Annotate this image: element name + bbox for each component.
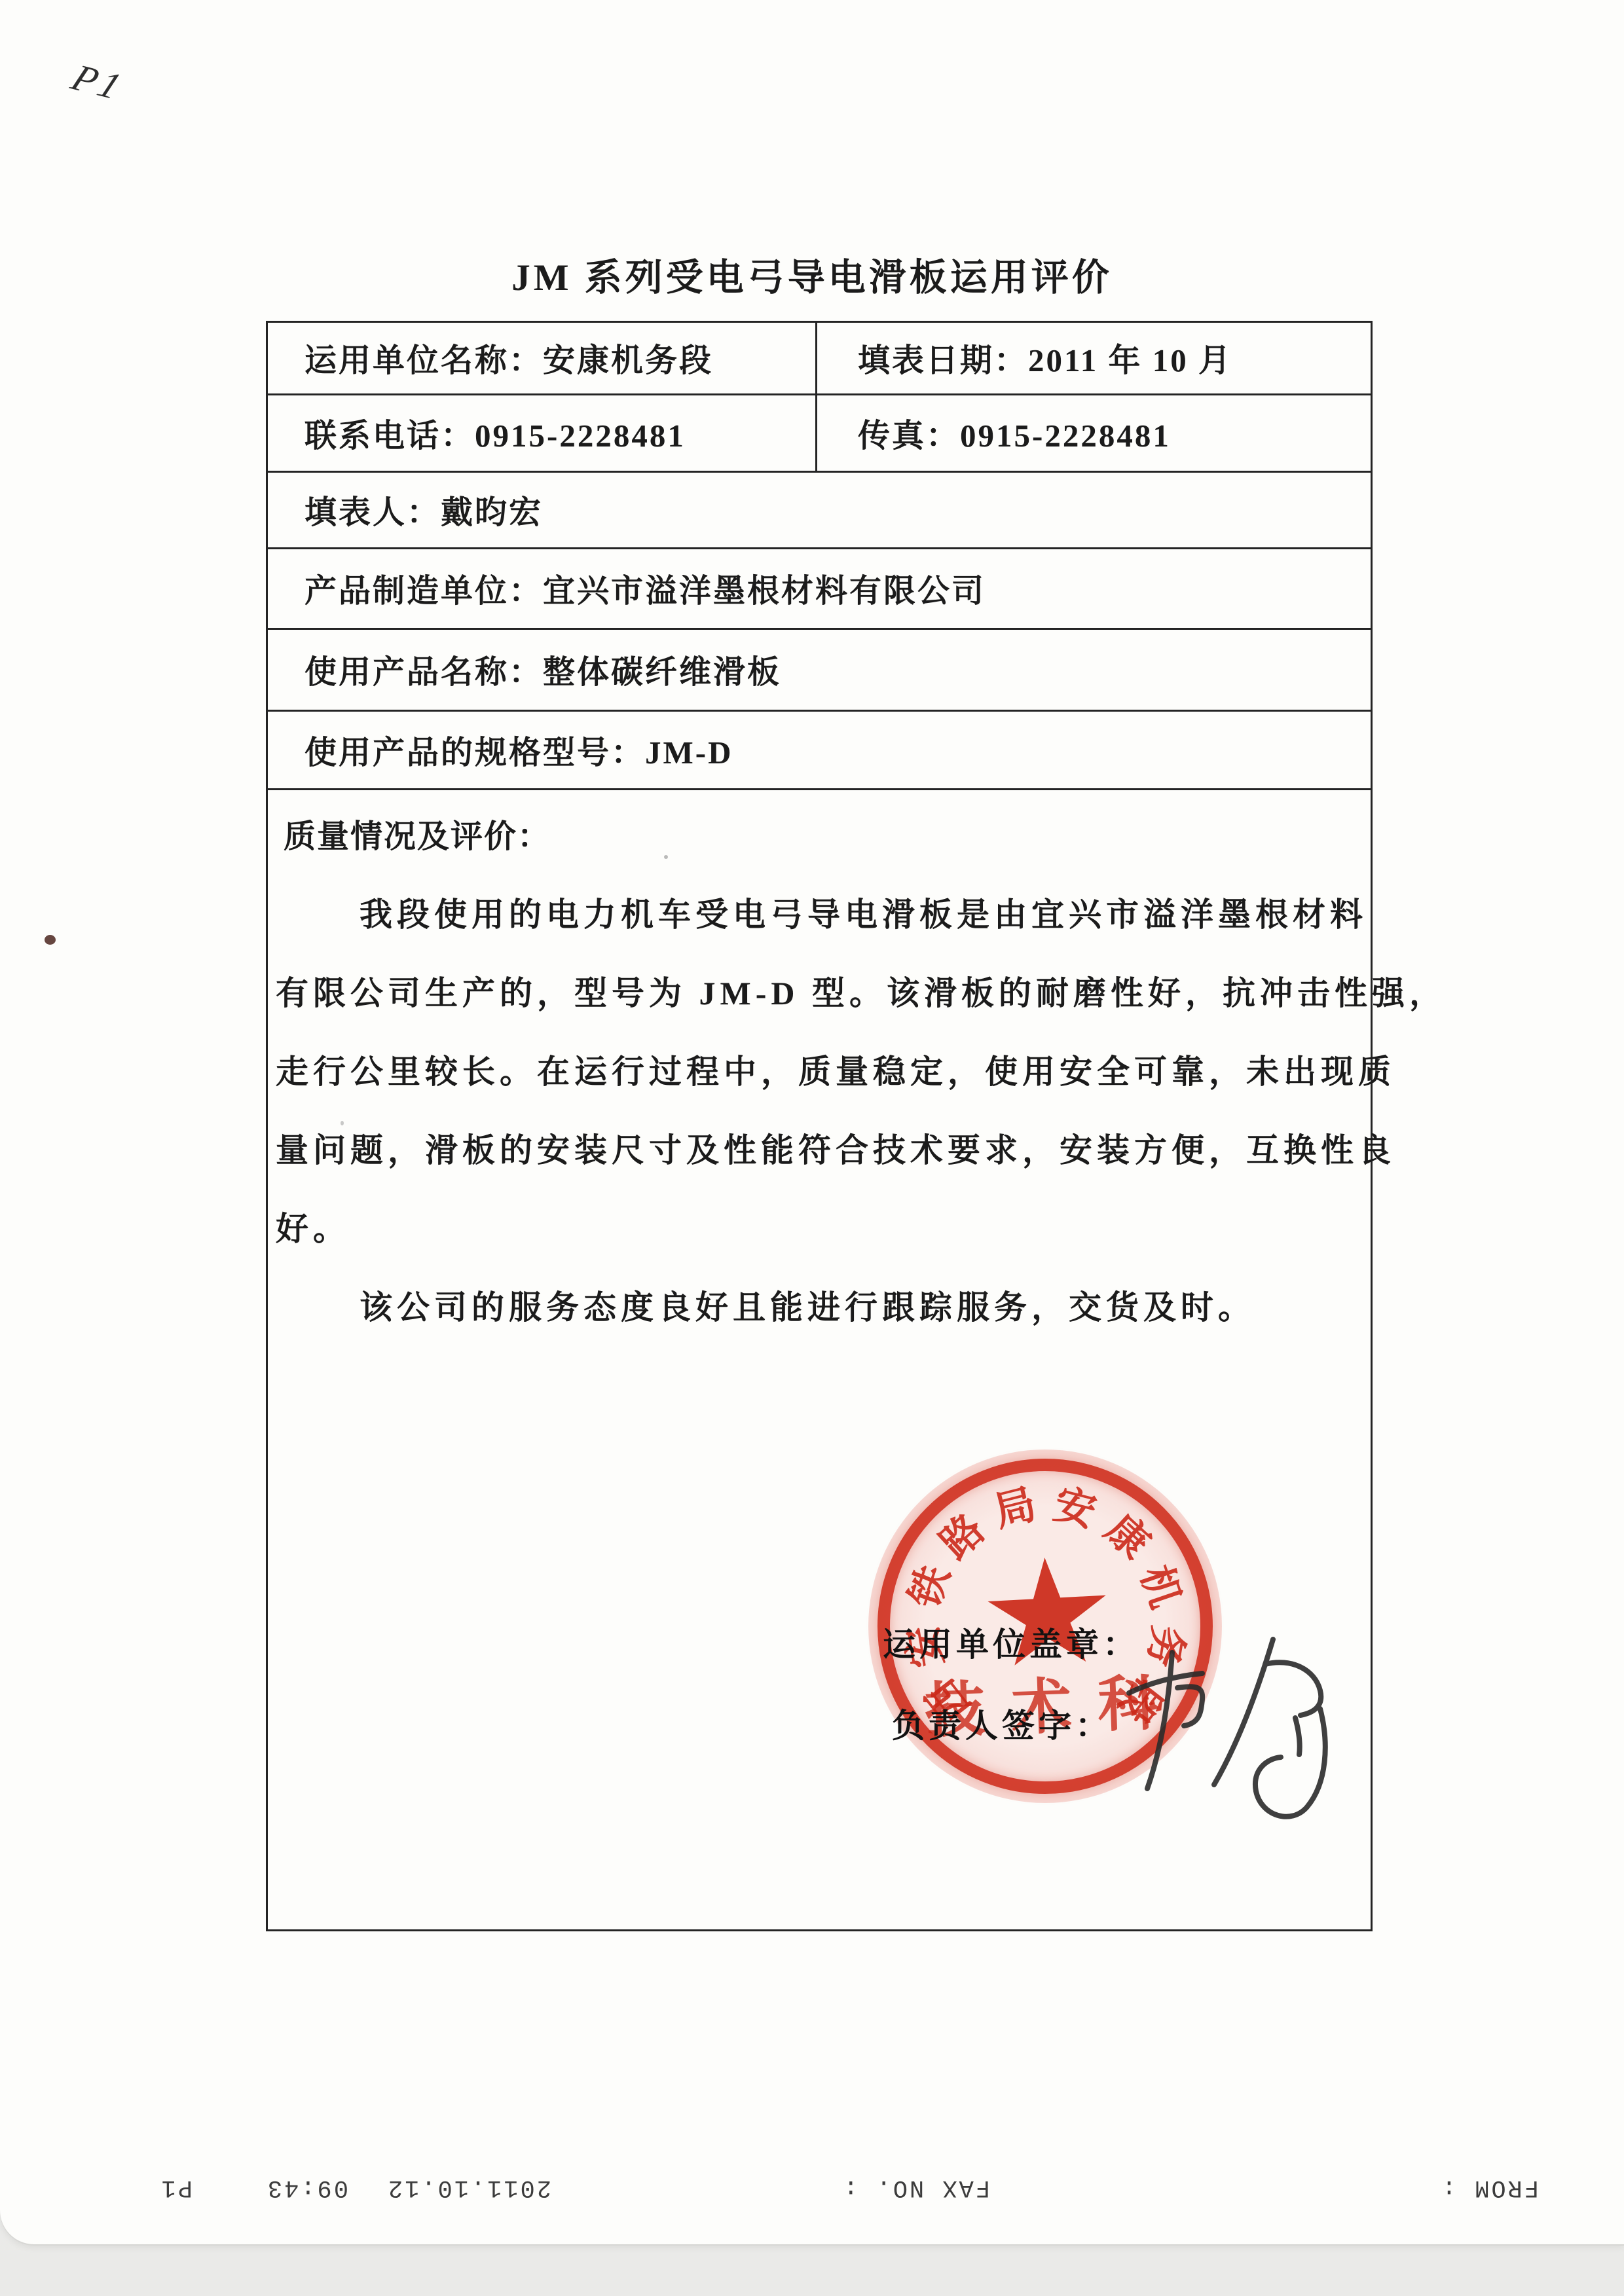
table-row: 填表人：戴昀宏: [268, 473, 1371, 549]
usage-unit-cell: 运用单位名称：安康机务段: [268, 323, 815, 393]
scanned-paper-sheet: P1 JM 系列受电弓导电滑板运用评价 运用单位名称：安康机务段 填表日期：20…: [0, 0, 1624, 2244]
seal-ring-char: 安: [1047, 1476, 1104, 1533]
ink-speck: [341, 1121, 344, 1125]
fax-datetime-group: 2011.10.1209:43P1: [160, 2174, 552, 2201]
evaluation-line: 走行公里较长。在运行过程中，质量稳定，使用安全可靠，未出现质: [276, 1032, 1364, 1111]
product-model-cell: 使用产品的规格型号：JM-D: [268, 712, 733, 788]
fax-cell: 传真：0915-2228481: [815, 395, 1371, 471]
evaluation-line: 好。: [276, 1190, 1364, 1268]
phone-cell: 联系电话：0915-2228481: [268, 395, 815, 471]
fax-number-label: FAX NO. :: [841, 2174, 990, 2201]
fax-time: 09:43: [266, 2174, 348, 2201]
table-row: 使用产品的规格型号：JM-D: [268, 712, 1371, 790]
seal-ring-char: 机: [1134, 1556, 1194, 1615]
seal-ring-char: 路: [927, 1501, 993, 1567]
fill-date-cell: 填表日期：2011 年 10 月: [815, 323, 1371, 393]
filler-cell: 填表人：戴昀宏: [268, 473, 543, 547]
table-row: 产品制造单位：宜兴市溢洋墨根材料有限公司: [268, 549, 1371, 630]
fax-page-number: P1: [160, 2174, 193, 2201]
document-title: JM 系列受电弓导电滑板运用评价: [0, 247, 1624, 301]
handwritten-page-mark: P1: [65, 56, 132, 109]
fax-header-upside-down: FROM : FAX NO. : 2011.10.1209:43P1: [0, 2167, 1624, 2206]
seal-label: 运用单位盖章：: [883, 1618, 1139, 1666]
fax-from-label: FROM :: [1440, 2174, 1539, 2201]
table-row: 联系电话：0915-2228481 传真：0915-2228481: [268, 395, 1371, 473]
evaluation-paragraphs: 我段使用的电力机车受电弓导电滑板是由宜兴市溢洋墨根材料 有限公司生产的，型号为 …: [276, 875, 1364, 1347]
evaluation-line: 有限公司生产的，型号为 JM-D 型。该滑板的耐磨性好，抗冲击性强，: [276, 954, 1364, 1032]
ink-speck: [664, 855, 668, 859]
fax-date: 2011.10.12: [386, 2174, 551, 2201]
manufacturer-cell: 产品制造单位：宜兴市溢洋墨根材料有限公司: [268, 549, 986, 628]
evaluation-line: 我段使用的电力机车受电弓导电滑板是由宜兴市溢洋墨根材料: [276, 875, 1364, 954]
quality-heading: 质量情况及评价：: [284, 811, 551, 857]
signature-label: 负责人签字：: [892, 1700, 1112, 1747]
handwritten-signature: [1104, 1620, 1340, 1829]
seal-ring-char: 铁: [896, 1556, 956, 1615]
seal-ring-char: 康: [1097, 1501, 1164, 1567]
evaluation-line: 该公司的服务态度良好且能进行跟踪服务，交货及时。: [276, 1268, 1364, 1347]
table-row: 运用单位名称：安康机务段 填表日期：2011 年 10 月: [268, 323, 1371, 395]
ink-speck: [45, 935, 56, 945]
seal-ring-char: 局: [986, 1476, 1043, 1533]
table-row: 使用产品名称：整体碳纤维滑板: [268, 630, 1371, 712]
evaluation-line: 量问题，滑板的安装尺寸及性能符合技术要求，安装方便，互换性良: [276, 1111, 1364, 1190]
product-name-cell: 使用产品名称：整体碳纤维滑板: [268, 630, 781, 710]
